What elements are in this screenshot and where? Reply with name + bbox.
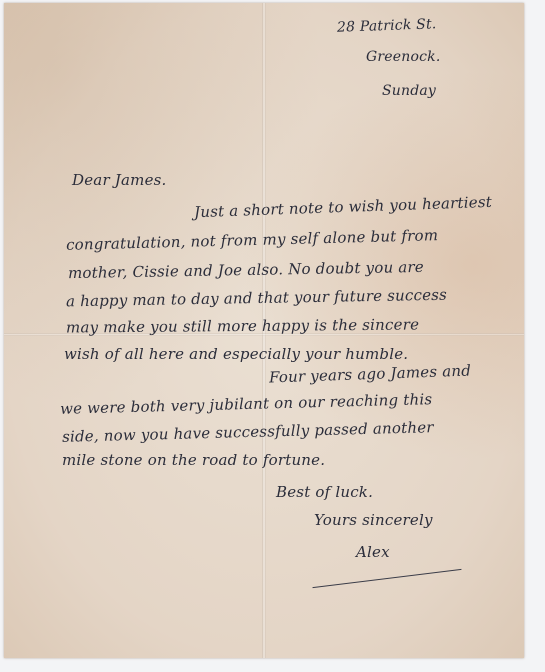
salutation: Dear James.: [72, 171, 167, 189]
body-line: wish of all here and especially your hum…: [64, 345, 408, 363]
address-line-2: Greenock.: [366, 49, 440, 65]
body-line: Just a short note to wish you heartiest: [194, 193, 492, 221]
body-line: may make you still more happy is the sin…: [66, 315, 419, 336]
valediction: Yours sincerely: [314, 511, 433, 529]
body-line: we were both very jubilant on our reachi…: [60, 390, 433, 418]
body-line: a happy man to day and that your future …: [66, 286, 447, 311]
address-line-1: 28 Patrick St.: [337, 16, 437, 35]
body-line: mile stone on the road to fortune.: [62, 451, 325, 469]
letter-paper: 28 Patrick St. Greenock. Sunday Dear Jam…: [4, 3, 524, 658]
body-line: mother, Cissie and Joe also. No doubt yo…: [68, 258, 424, 282]
closing-wish: Best of luck.: [276, 483, 373, 501]
address-line-3: Sunday: [382, 83, 436, 99]
body-line: Four years ago James and: [269, 361, 472, 386]
body-line: side, now you have successfully passed a…: [62, 418, 434, 446]
signature: Alex: [356, 543, 390, 561]
body-line: congratulation, not from my self alone b…: [66, 226, 439, 254]
signature-underline: [312, 569, 461, 588]
